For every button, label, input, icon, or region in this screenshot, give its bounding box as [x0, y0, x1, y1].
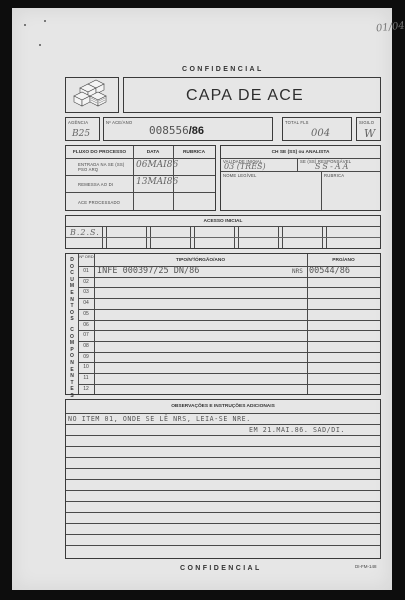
side-label-documentos: DOCUMENTOS — [68, 257, 76, 323]
ord-03: 03 — [79, 289, 93, 295]
ace-processado-label: ACE PROCESSADO — [78, 200, 120, 205]
analista-table: CH SE (SS) ou ANALISTA VALIDADE INICIAL … — [220, 145, 381, 211]
acesso-inicial: ACESSO INICIAL B.2.S. — [65, 215, 381, 249]
ace-ano-field[interactable]: Nº ACE/ANO 008556/86 — [103, 117, 273, 141]
fluxo-table: FLUXO DO PROCESSO DATA RUBRICA ENTRADA N… — [65, 145, 216, 211]
analista-header: CH SE (SS) ou ANALISTA — [221, 150, 380, 155]
documentos-table: Nº ORD TIPO/Nº/ÓRGÃO/ANO PRG/ANO DOCUMEN… — [65, 253, 381, 395]
form-code: DI-FM-148 — [355, 564, 377, 569]
ord-12: 12 — [79, 386, 93, 392]
document-page: 01/04 CONFIDENCIAL — [12, 8, 392, 590]
ord-10: 10 — [79, 364, 93, 370]
doc-row-1-tipo[interactable]: INFE 000397/25 DN/86 — [97, 266, 199, 276]
nome-label: NOME LEGÍVEL — [223, 173, 257, 178]
analista-rubrica-label: RUBRICA — [324, 173, 344, 178]
fluxo-header: FLUXO DO PROCESSO — [66, 150, 133, 155]
entrada-label-2: PSO ARQ — [78, 167, 98, 172]
ace-ano-value: 008556/86 — [149, 124, 204, 137]
ord-09: 09 — [79, 354, 93, 360]
acesso-header: ACESSO INICIAL — [66, 219, 380, 224]
page-number: 01/04 — [376, 21, 405, 35]
observacao-line-2[interactable]: EM 21.MAI.86. SAD/DI. — [249, 426, 345, 434]
ord-05: 05 — [79, 311, 93, 317]
doc-row-1-prg-prefix: NRS — [292, 268, 303, 275]
entrada-date[interactable]: 06MAI86 — [136, 160, 178, 170]
responsavel-value[interactable]: SS-AA — [315, 162, 350, 171]
ord-04: 04 — [79, 300, 93, 306]
total-fls-field[interactable]: TOTAL FLS 004 — [282, 117, 352, 141]
remessa-date[interactable]: 13MAI86 — [136, 177, 178, 187]
rubrica-header: RUBRICA — [173, 150, 215, 155]
observacoes-header: OBSERVAÇÕES E INSTRUÇÕES ADICIONAIS — [66, 404, 380, 409]
ace-ano-label: Nº ACE/ANO — [106, 120, 132, 125]
remessa-label: REMESSA AO DI — [78, 182, 113, 187]
validade-value[interactable]: 03 (TRÊS) — [224, 162, 266, 171]
prg-header: PRG/ANO — [307, 258, 380, 263]
total-fls-label: TOTAL FLS — [285, 120, 309, 125]
title-box: CAPA DE ACE — [123, 77, 381, 113]
side-label-componentes: COMPONENTES — [68, 327, 76, 400]
agencia-field[interactable]: AGÊNCIA B25 — [65, 117, 100, 141]
ord-08: 08 — [79, 343, 93, 349]
ace-year: /86 — [189, 125, 204, 137]
stacked-cubes-logo-icon — [66, 78, 118, 112]
sigilo-field[interactable]: SIGILO W — [356, 117, 381, 141]
classification-top: CONFIDENCIAL — [182, 66, 264, 73]
speck — [44, 20, 46, 22]
classification-bottom: CONFIDENCIAL — [180, 565, 262, 572]
speck — [39, 44, 41, 46]
ord-06: 06 — [79, 322, 93, 328]
speck — [24, 24, 26, 26]
ord-07: 07 — [79, 332, 93, 338]
ord-11: 11 — [79, 375, 93, 381]
observacao-line-1[interactable]: NO ITEM 01, ONDE SE LÊ NRS, LEIA-SE NRE. — [68, 415, 251, 423]
ord-header: Nº ORD — [79, 255, 94, 260]
observacoes-box: OBSERVAÇÕES E INSTRUÇÕES ADICIONAIS NO I… — [65, 399, 381, 559]
agencia-value: B25 — [72, 129, 90, 139]
ace-number: 008556 — [149, 124, 189, 137]
ord-02: 02 — [79, 279, 93, 285]
agencia-label: AGÊNCIA — [68, 120, 88, 125]
acesso-cell-1[interactable]: B.2.S. — [70, 228, 100, 237]
sigilo-value: W — [364, 127, 375, 140]
ord-01: 01 — [79, 268, 93, 274]
tipo-header: TIPO/Nº/ÓRGÃO/ANO — [94, 258, 307, 263]
form-title: CAPA DE ACE — [186, 87, 304, 105]
total-fls-value: 004 — [311, 128, 330, 139]
logo-box — [65, 77, 119, 113]
sigilo-label: SIGILO — [359, 120, 374, 125]
doc-row-1-prg[interactable]: 00544/86 — [309, 266, 350, 276]
data-header: DATA — [133, 150, 173, 155]
